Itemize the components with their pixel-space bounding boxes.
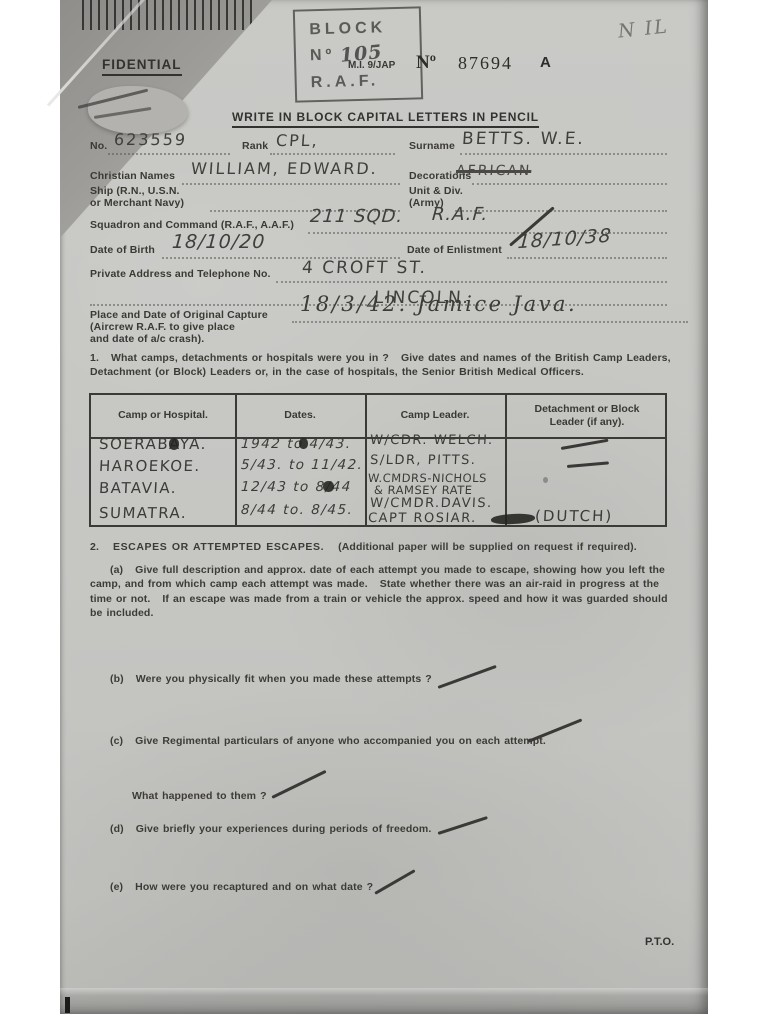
question-2a-text: (a) Give full description and approx. da… [90, 563, 680, 621]
form-number-label: Nº [416, 52, 436, 74]
form-serial-number: 87694 [458, 53, 513, 74]
date-of-enlistment-line [507, 256, 667, 259]
ink-blot [299, 438, 308, 449]
camps-table: Camp or Hospital. Dates. Camp Leader. De… [89, 393, 667, 527]
pencil-dash [561, 439, 609, 450]
form-sheet: FIDENTIAL BLOCK Nº R.A.F. 105 M.I. 9/JAP… [60, 0, 708, 1014]
pencil-stroke [437, 665, 496, 689]
surname-line [460, 152, 667, 155]
camp-leader: W/CDR. WELCH. [370, 433, 495, 448]
capture-value: 18/3/42. Jamice Java. [300, 292, 577, 316]
question-2-number: 2. [90, 540, 99, 554]
address-label: Private Address and Telephone No. [90, 268, 271, 280]
question-2c-text: (c) Give Regimental particulars of anyon… [110, 734, 546, 748]
table-header-detachment: Detachment or Block Leader (if any). [505, 395, 669, 437]
squadron-value: 211 SQD. [309, 206, 404, 227]
capture-line [292, 320, 688, 323]
camp-name: SOERABAYA. [99, 435, 208, 453]
fill-instruction: WRITE IN BLOCK CAPITAL LETTERS IN PENCIL [232, 110, 539, 128]
ink-blot [169, 438, 179, 450]
rank-value: CPL, [275, 131, 319, 150]
camp-dates: 12/43 to 8/44 [241, 479, 353, 495]
rank-line [270, 152, 395, 155]
department-reference: M.I. 9/JAP [348, 60, 395, 71]
bottom-left-mark [65, 997, 70, 1013]
crossed-out-name [491, 513, 535, 525]
decorations-value-struck: AFRICAN [455, 163, 531, 179]
squadron-line [308, 231, 667, 234]
question-2d-text: (d) Give briefly your experiences during… [110, 822, 431, 836]
unit-label-line1: Unit & Div. [409, 185, 463, 197]
ship-label-line2: or Merchant Navy) [90, 197, 184, 209]
rank-label: Rank [242, 140, 268, 152]
command-value: R.A.F. [431, 204, 489, 225]
date-of-birth-label: Date of Birth [90, 244, 155, 256]
question-2e-text: (e) How were you recaptured and on what … [110, 880, 373, 894]
bottom-crease [60, 988, 708, 1014]
decorations-line [472, 182, 667, 185]
confidential-marking: FIDENTIAL [102, 57, 182, 76]
camp-name: HAROEKOE. [99, 457, 202, 475]
question-2-note: (Additional paper will be supplied on re… [338, 540, 637, 554]
table-header-camp: Camp or Hospital. [91, 395, 235, 437]
page-turn-over-note: P.T.O. [645, 936, 674, 948]
christian-names-value: WILLIAM, EDWARD. [190, 159, 378, 178]
camp-dates: 5/43. to 11/42. [241, 457, 364, 473]
camp-leader: & RAMSEY RATE [374, 483, 473, 497]
capture-label-line3: and date of a/c crash). [90, 333, 204, 345]
service-no-value: 623559 [113, 130, 187, 149]
pencil-stroke [271, 770, 326, 799]
question-2-heading-row: 2. ESCAPES OR ATTEMPTED ESCAPES. (Additi… [90, 540, 637, 554]
camp-name: BATAVIA. [99, 479, 178, 497]
date-of-birth-value: 18/10/20 [171, 231, 266, 253]
table-header-dates: Dates. [235, 395, 365, 437]
question-2-heading: ESCAPES OR ATTEMPTED ESCAPES. [113, 540, 324, 554]
capture-label-line2: (Aircrew R.A.F. to give place [90, 321, 235, 333]
question-2c-followup-text: What happened to them ? [132, 789, 267, 803]
block-raf-stamp: BLOCK Nº R.A.F. 105 [293, 6, 423, 102]
camp-name: SUMATRA. [99, 504, 188, 522]
date-of-enlistment-label: Date of Enlistment [407, 244, 502, 256]
leader-nationality-note: (DUTCH) [535, 507, 614, 525]
capture-label-line1: Place and Date of Original Capture [90, 309, 268, 321]
stamp-org: R.A.F. [310, 67, 421, 96]
table-header-leader: Camp Leader. [365, 395, 505, 437]
pencil-stroke [374, 869, 415, 895]
question-1-text: 1. What camps, detachments or hospitals … [90, 351, 676, 380]
camp-leader: CAPT ROSIAR. [368, 511, 478, 526]
christian-names-line [182, 182, 400, 185]
pencil-stroke [527, 718, 582, 743]
pencil-dash [567, 461, 609, 468]
pencil-corner-note: N IL [617, 15, 670, 42]
smudge-mark [543, 477, 548, 483]
address-value-line1: 4 CROFT ST. [301, 258, 428, 278]
camp-dates: 8/44 to. 8/45. [241, 502, 354, 518]
underlying-page-texture [82, 0, 252, 30]
ship-label-line1: Ship (R.N., U.S.N. [90, 185, 180, 197]
surname-value: BETTS. W.E. [461, 129, 585, 149]
camp-dates: 1942 to 4/43. [241, 436, 352, 452]
address-line-1 [276, 280, 667, 283]
squadron-label: Squadron and Command (R.A.F., A.A.F.) [90, 219, 294, 231]
form-series-letter: A [540, 54, 551, 71]
surname-label: Surname [409, 140, 455, 152]
camp-leader: S/LDR, PITTS. [370, 453, 477, 468]
christian-names-label: Christian Names [90, 170, 175, 182]
service-no-line [108, 152, 230, 155]
camp-leader: W/CMDR.DAVIS. [370, 496, 493, 511]
scanned-document-page: FIDENTIAL BLOCK Nº R.A.F. 105 M.I. 9/JAP… [0, 0, 772, 1024]
service-no-label: No. [90, 140, 107, 152]
question-2b-text: (b) Were you physically fit when you mad… [110, 672, 432, 686]
ink-blot [323, 481, 334, 492]
pencil-stroke [438, 816, 488, 835]
